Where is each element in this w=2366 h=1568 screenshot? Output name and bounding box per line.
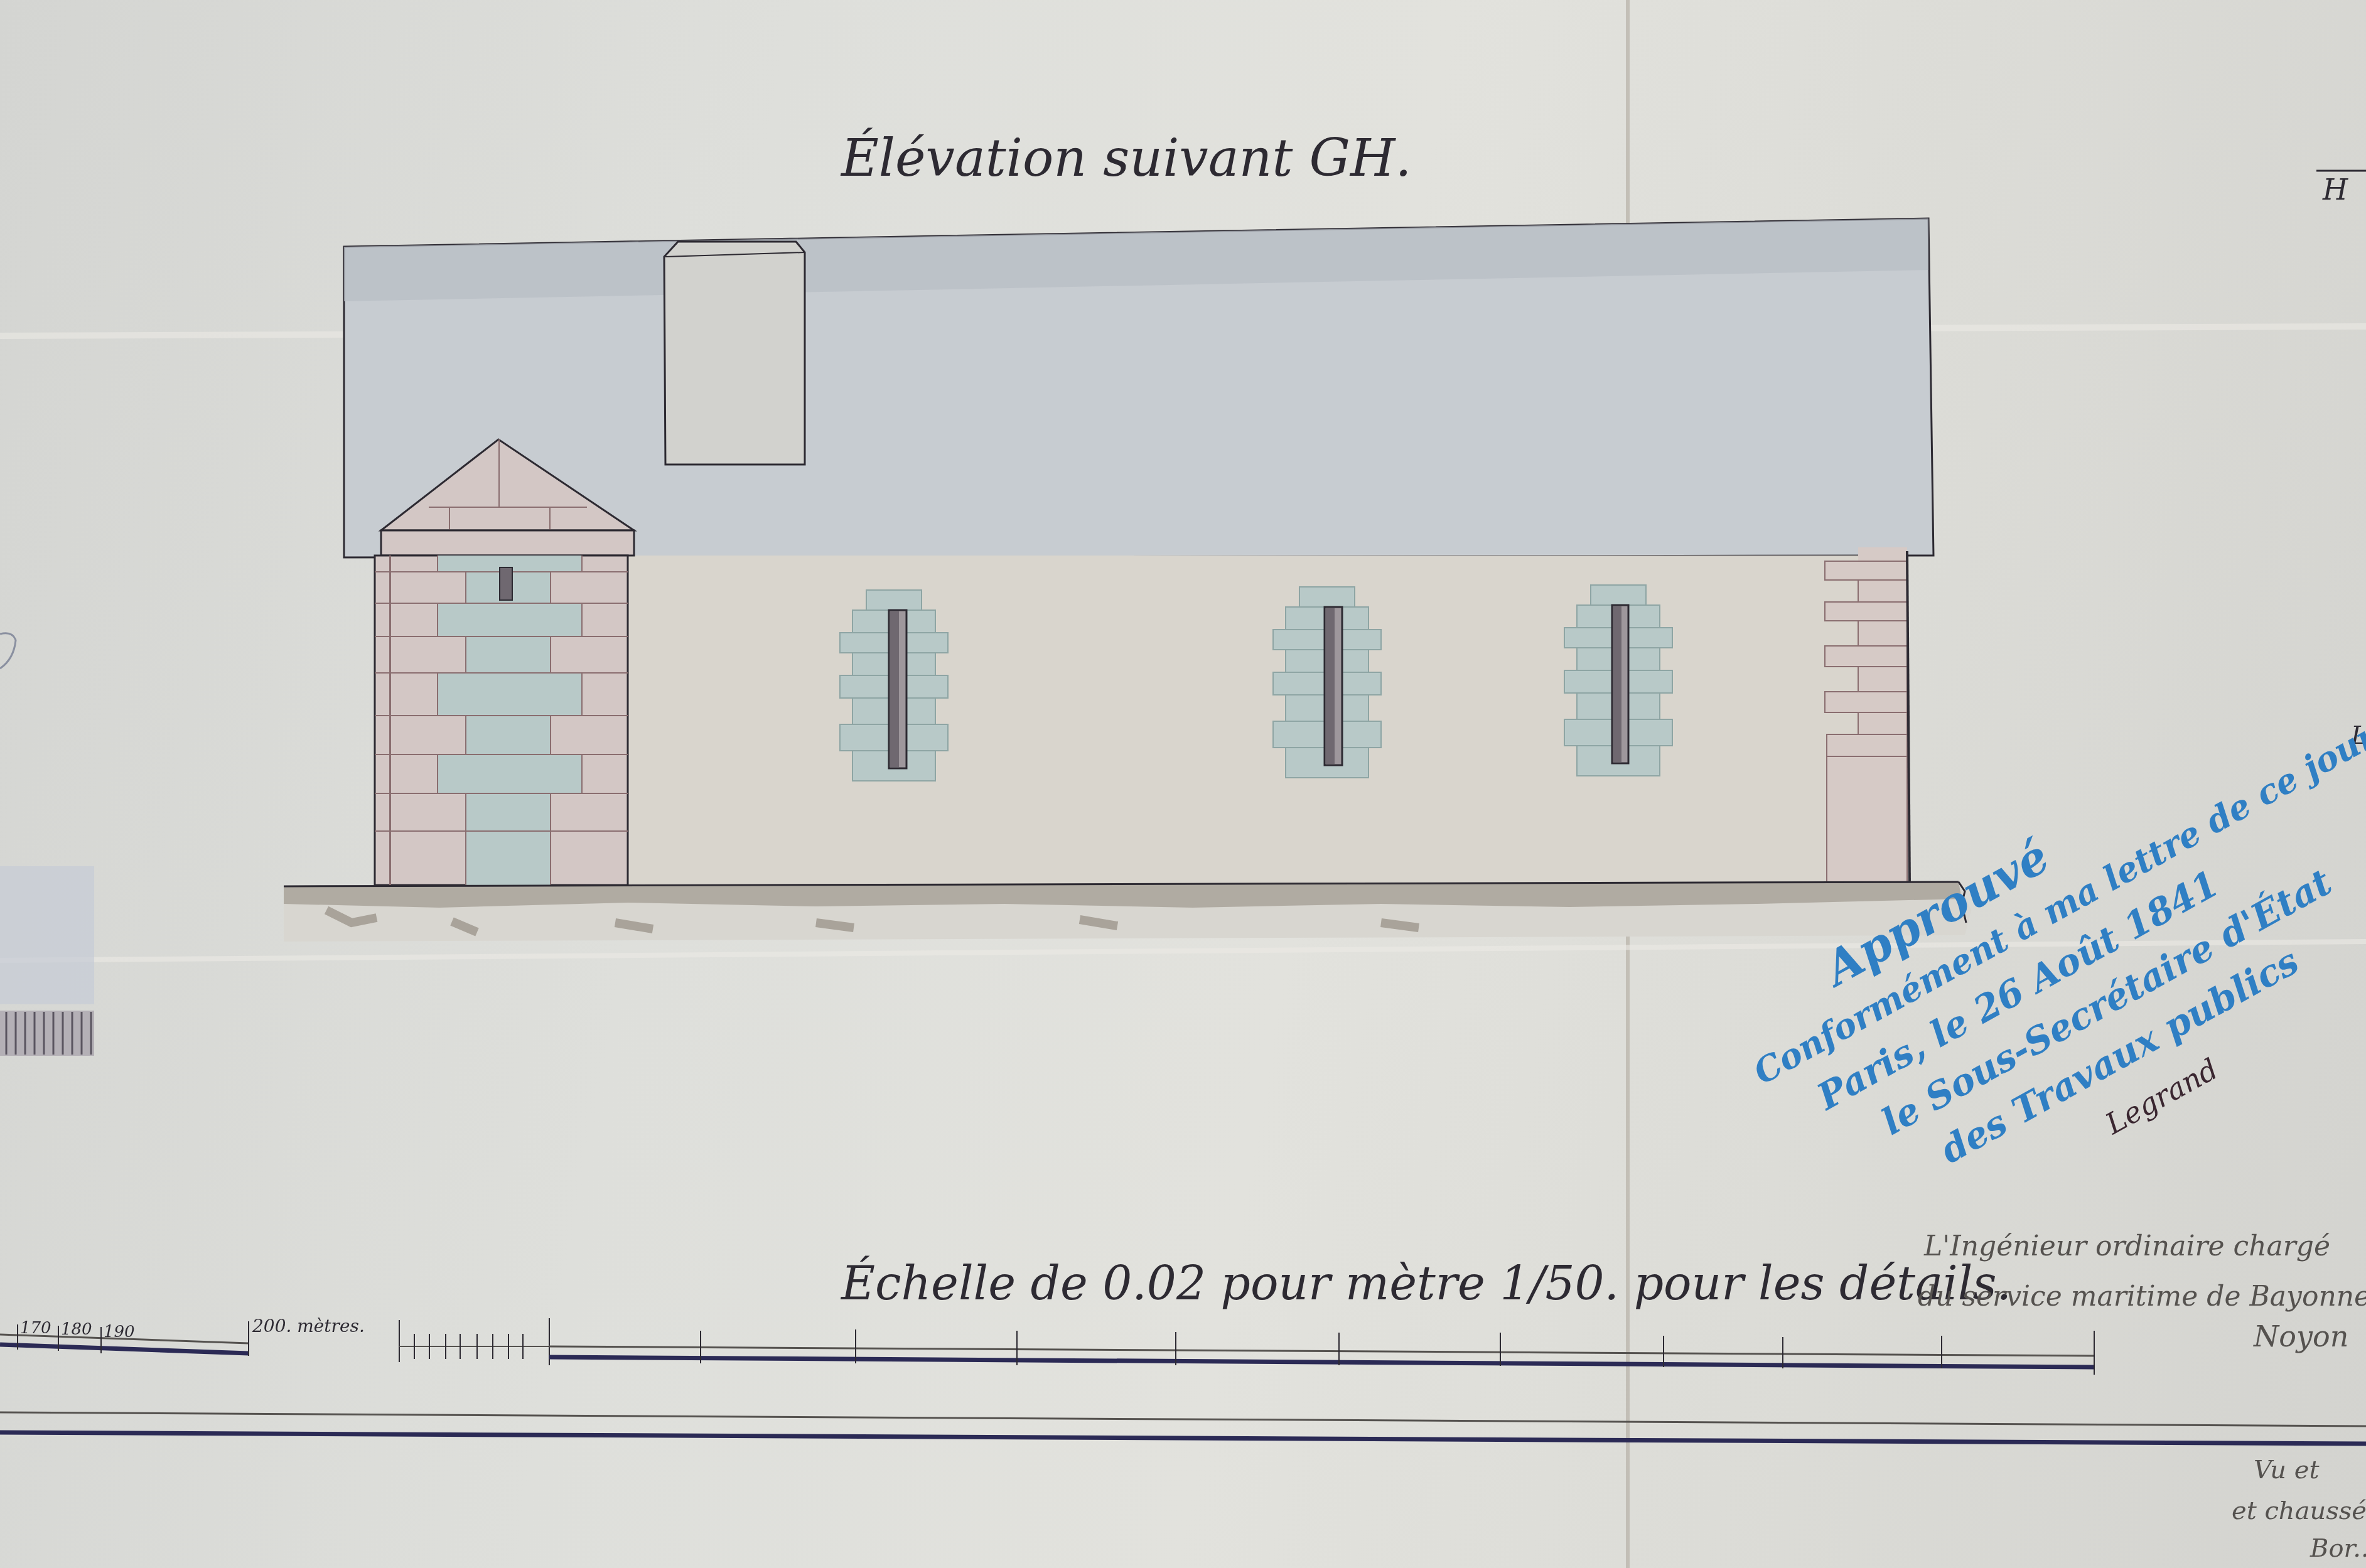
- drawing-sheet: Élévation suivant GH. H L: [0, 0, 2366, 1568]
- scale-tick-170: 170: [20, 1319, 51, 1338]
- engineer-note-line1: L'Ingénieur ordinaire chargé: [1923, 1230, 2330, 1262]
- bottom-note-line1: Vu et: [2254, 1456, 2320, 1485]
- engineer-note: L'Ingénieur ordinaire chargé du service …: [1918, 1230, 2366, 1353]
- drawing-title: Élévation suivant GH.: [840, 127, 1412, 188]
- left-fragment: [0, 633, 94, 1056]
- elevation-drawing: Élévation suivant GH. H L: [0, 0, 2366, 1568]
- frame-border: [0, 1412, 2366, 1444]
- ground-foundation: [284, 882, 1971, 942]
- window-slit-1: [840, 590, 948, 781]
- section-marker: H: [2316, 171, 2366, 207]
- bottom-right-note: Vu et et chaussées Bor...: [2232, 1456, 2366, 1563]
- scale-caption: Échelle de 0.02 pour mètre 1/50. pour le…: [840, 1255, 2011, 1311]
- engineer-signature: Noyon: [2253, 1319, 2348, 1353]
- scale-tick-190: 190: [104, 1323, 135, 1341]
- window-slit-3: [1564, 585, 1672, 776]
- main-wall: [628, 556, 1907, 885]
- scale-end-label: 200. mètres.: [252, 1316, 365, 1336]
- bottom-note-line2: et chaussées: [2232, 1496, 2366, 1525]
- engineer-note-line2: du service maritime de Bayonne: [1918, 1281, 2366, 1313]
- window-slit-2: [1273, 587, 1381, 778]
- scale-bar-metres: 170 180 190 200. mètres.: [0, 1316, 365, 1356]
- chimney: [664, 242, 805, 464]
- tower-body: [375, 556, 628, 885]
- bottom-note-line3: Bor...: [2310, 1534, 2366, 1563]
- scale-bar-details: [399, 1318, 2094, 1375]
- scale-tick-180: 180: [61, 1320, 92, 1339]
- section-marker-label: H: [2322, 173, 2348, 207]
- tower-window-slit: [500, 567, 512, 600]
